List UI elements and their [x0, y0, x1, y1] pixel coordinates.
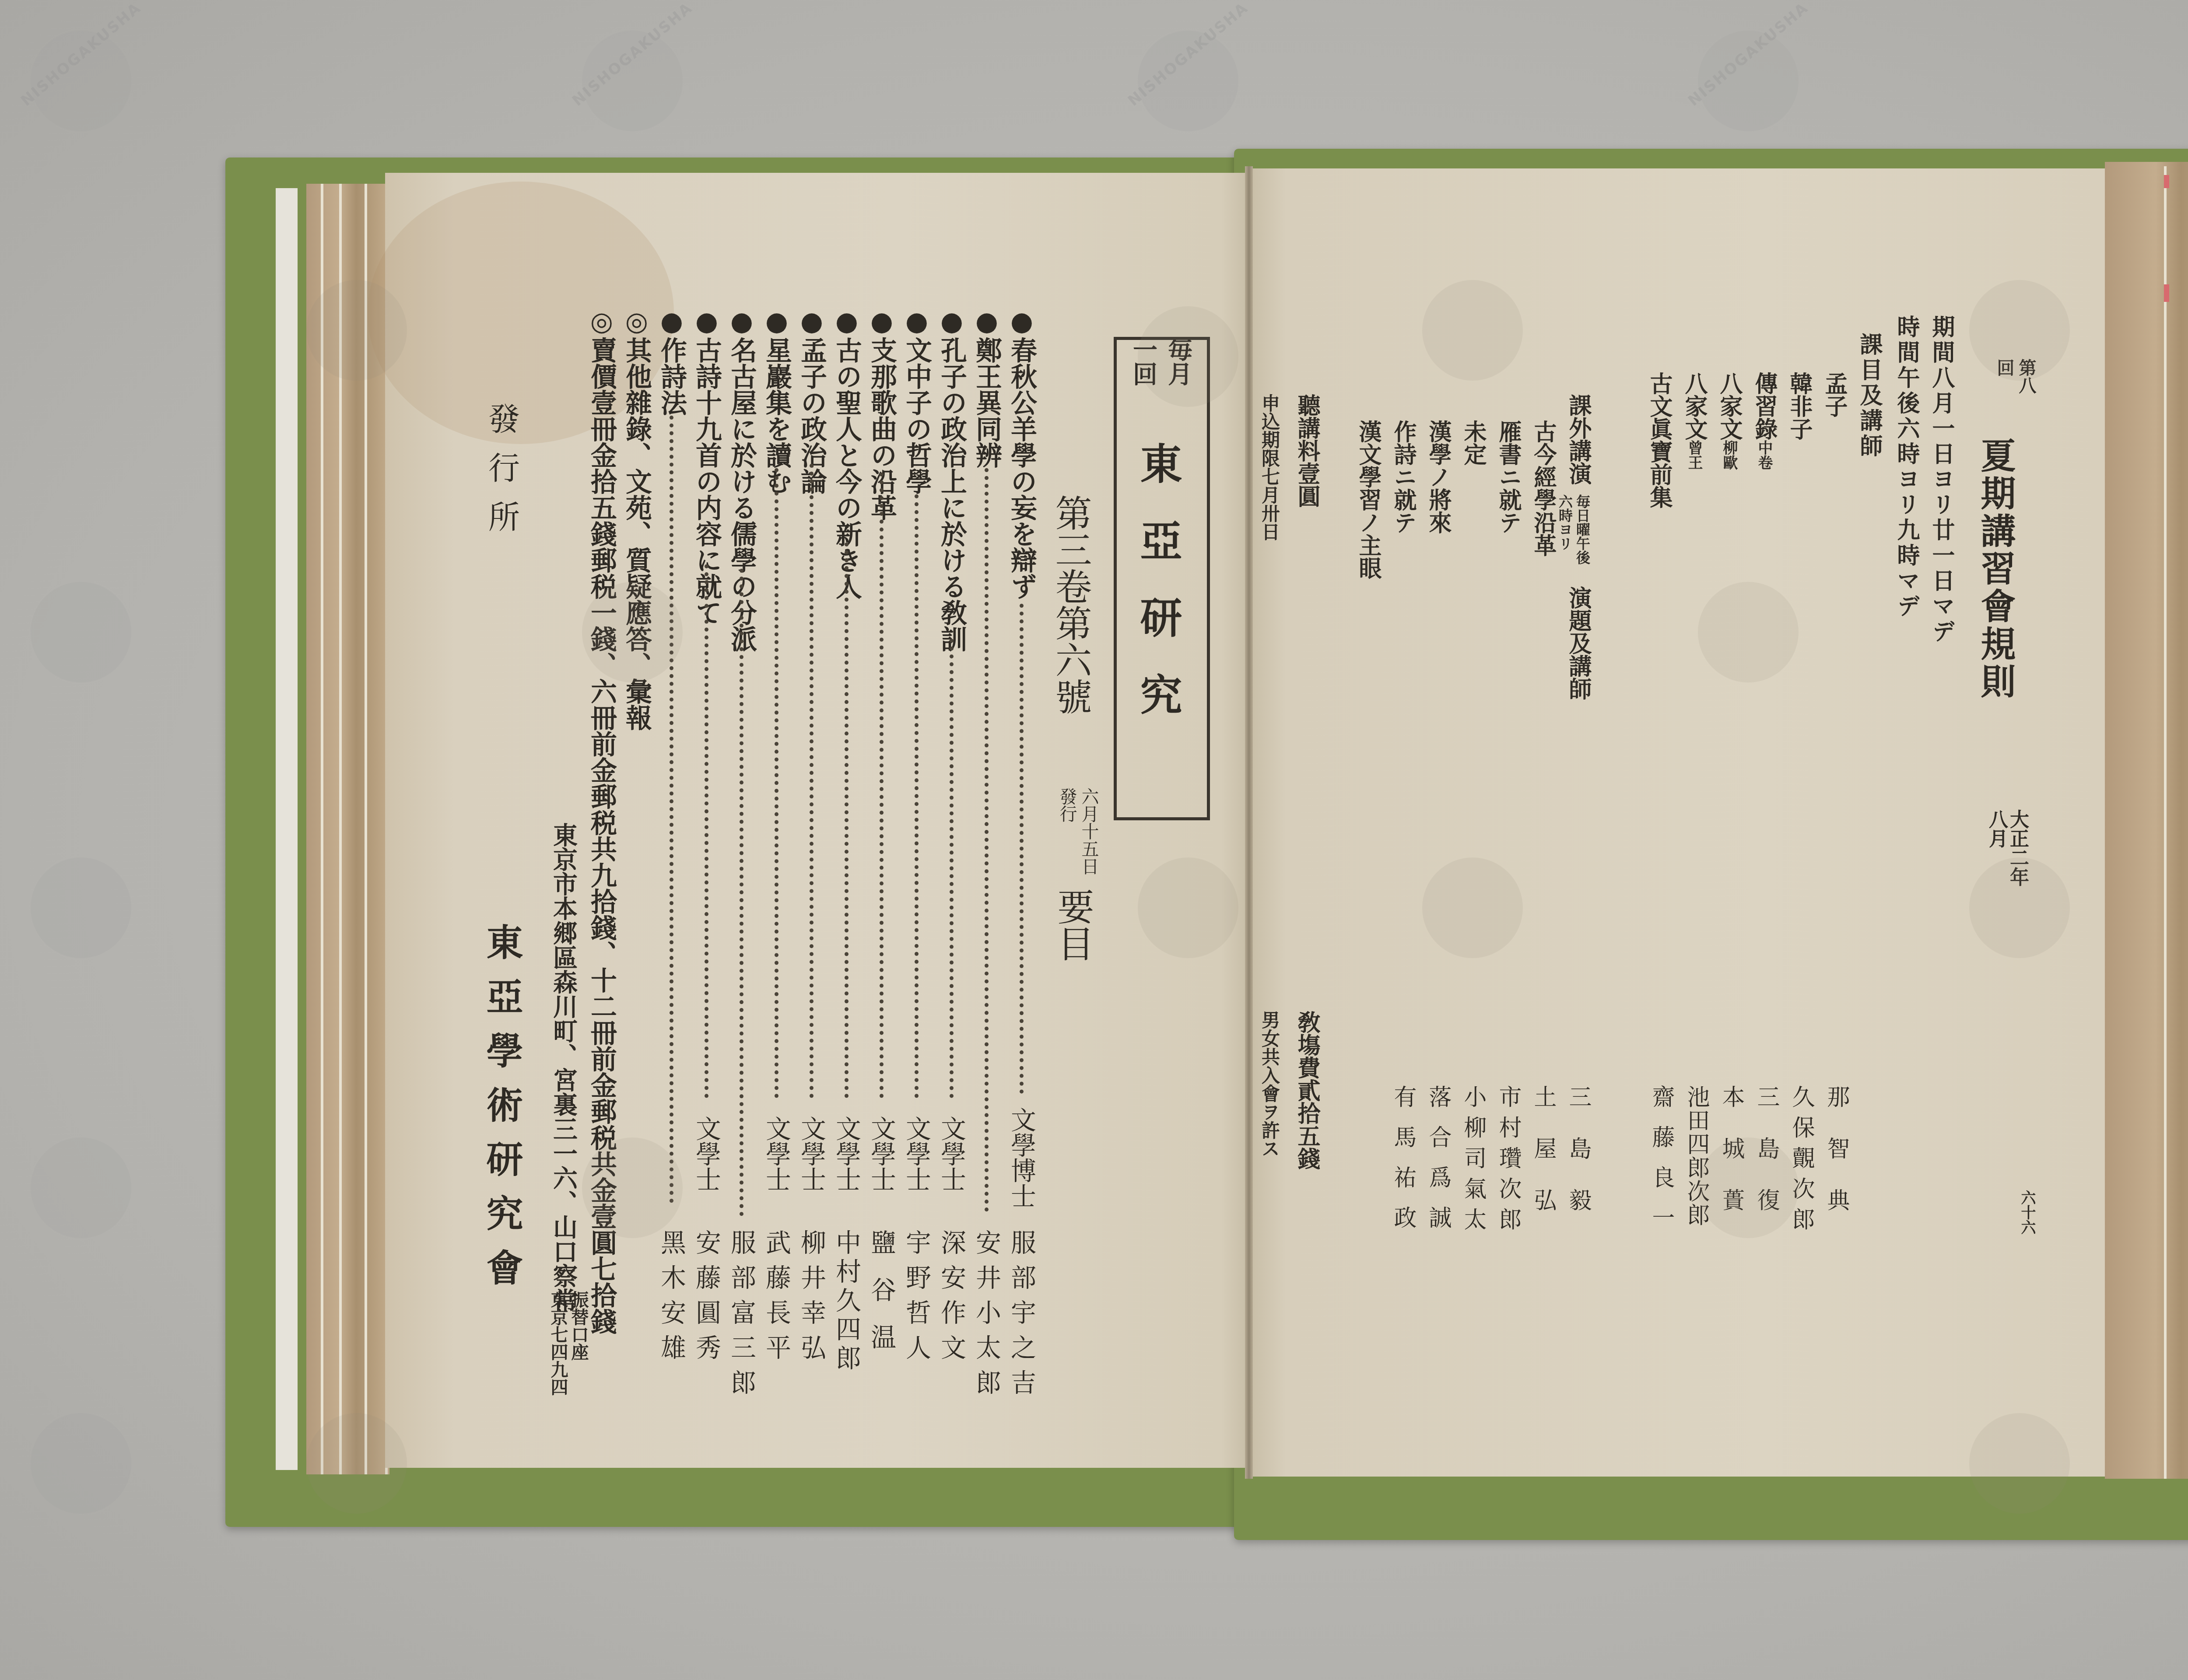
toc-author-title: 文學博士	[1009, 1107, 1034, 1208]
publisher-name: 東亞學術研究會	[484, 923, 520, 1303]
bullet-icon: ●	[694, 306, 720, 337]
toc-title: 作詩法	[656, 337, 687, 416]
magazine-title: 東亞研究	[1137, 442, 1179, 750]
toc-author: 黑木安雄	[659, 1229, 684, 1369]
toc-title: 春秋公羊學の妄を辯ず	[1006, 337, 1037, 599]
subject-item: 八家文柳歐	[1718, 372, 1740, 470]
watermark-logo-icon	[1138, 857, 1238, 958]
tuition-fee: 聽講料壹圓	[1295, 394, 1318, 507]
watermark-logo-icon	[1698, 1137, 1799, 1238]
right-page	[1252, 168, 2105, 1477]
subject-item: 傳習錄中卷	[1753, 372, 1775, 470]
bullet-icon: ●	[659, 306, 685, 337]
dot-leader	[880, 472, 884, 1098]
dot-leader	[950, 639, 954, 1098]
watermark-logo-icon	[306, 280, 407, 381]
dot-leader	[705, 564, 708, 1098]
dot-leader	[1020, 604, 1024, 1094]
bullet-icon: ●	[939, 306, 965, 337]
lecture-topic: 古今經學沿革	[1532, 420, 1554, 556]
toc-item[interactable]: ●孔子の政治上に於ける敎訓	[939, 306, 965, 652]
toc-author-title: 文學士	[834, 1116, 859, 1192]
toc-author: 服部宇之吉	[1009, 1229, 1034, 1404]
course-hours: 時間午後六時ヨリ九時マデ	[1895, 315, 1918, 619]
extra-lectures-header: 課外講演	[1567, 394, 1589, 485]
extra-lectures-suffix: 演題及講師	[1567, 586, 1589, 700]
subject-item: 八家文曾王	[1683, 372, 1705, 470]
toc-item[interactable]: ●文中子の哲學	[904, 306, 930, 494]
watermark-logo-icon	[1969, 1413, 2070, 1514]
speaker-name: 有馬祐政	[1392, 1085, 1414, 1246]
toc-author: 深安作文	[939, 1229, 964, 1369]
toc-author: 中村久四郎	[834, 1229, 859, 1374]
toc-title: 鄭王異同辨	[971, 337, 1002, 468]
extra-lectures-note-2: 六時ヨリ	[1558, 494, 1572, 550]
speaker-name: 土屋弘	[1532, 1085, 1554, 1240]
dot-leader	[810, 464, 813, 1098]
watermark-logo-icon	[31, 857, 131, 958]
bullet-icon: ●	[904, 306, 930, 337]
double-circle-icon: ◎	[586, 306, 617, 337]
double-circle-icon: ◎	[621, 306, 652, 337]
transfer-account-label: 振替口座	[570, 1291, 587, 1361]
subject-item: 孟子	[1823, 372, 1845, 417]
issue-date-note-1: 六月十五日	[1080, 787, 1098, 875]
toc-author-title: 文學士	[904, 1116, 929, 1192]
lecturer-name: 齋藤良一	[1650, 1085, 1673, 1246]
lecture-topic: 未定	[1462, 420, 1484, 465]
subject-item: 古文眞寶前集	[1648, 372, 1670, 508]
transfer-account-number: 東京七四九四	[549, 1291, 567, 1396]
watermark-logo-icon	[31, 582, 131, 682]
dot-leader	[985, 468, 989, 1212]
toc-title: 孔子の政治上に於ける敎訓	[936, 337, 967, 652]
lecturer-name: 那智典	[1825, 1085, 1848, 1240]
watermark-logo-icon	[1698, 582, 1799, 682]
bullet-icon: ●	[764, 306, 790, 337]
edge-red-mark	[2164, 284, 2169, 302]
watermark-logo-icon	[306, 1413, 407, 1514]
toc-author-title: 文學士	[799, 1116, 824, 1192]
bullet-icon: ●	[974, 306, 1000, 337]
issue-number: 第三卷第六號	[1052, 494, 1089, 715]
speaker-name: 落合爲誠	[1427, 1085, 1449, 1246]
toc-author: 服部富三郎	[729, 1229, 754, 1404]
heading-note-month: 八月	[1987, 809, 2006, 848]
subject-item: 韓非子	[1788, 372, 1810, 440]
course-period: 期間八月一日ヨリ廿一日マデ	[1930, 315, 1953, 645]
toc-author: 安井小太郎	[974, 1229, 999, 1404]
toc-author: 宇野哲人	[904, 1229, 929, 1369]
publisher-address: 東京市本郷區森川町、宮裏三一六、山口察常	[551, 822, 576, 1312]
toc-item[interactable]: ●鄭王異同辨	[974, 306, 1000, 468]
lecture-topic: 雁書ニ就テ	[1497, 420, 1519, 534]
watermark-logo-icon	[31, 1137, 131, 1238]
watermark-logo-icon	[1969, 857, 2070, 958]
subjects-header: 課目及講師	[1858, 332, 1880, 459]
dot-leader	[775, 468, 778, 1098]
watermark-logo-icon	[582, 1137, 683, 1238]
toc-author-title: 文學士	[764, 1116, 789, 1192]
bullet-icon: ●	[869, 306, 895, 337]
bullet-icon: ●	[799, 306, 825, 337]
toc-title: 文中子の哲學	[901, 337, 932, 494]
speaker-name: 小柳司氣太	[1462, 1085, 1484, 1238]
issue-contents-label: 要目	[1055, 888, 1091, 962]
watermark-logo-icon	[1422, 280, 1523, 381]
dot-leader	[740, 569, 743, 1216]
watermark-logo-icon	[1422, 857, 1523, 958]
bullet-icon: ●	[729, 306, 755, 337]
bullet-icon: ●	[834, 306, 860, 337]
extra-lectures-note-1: 毎日曜午後	[1575, 494, 1589, 564]
publisher-label: 發行所	[486, 402, 517, 549]
toc-item[interactable]: ●作詩法	[659, 306, 685, 416]
application-deadline: 申込期限七月卅日	[1260, 394, 1279, 541]
edge-red-mark	[2164, 175, 2169, 188]
lecture-topic: 漢文學習ノ主眼	[1357, 420, 1379, 579]
dot-leader	[915, 494, 919, 1098]
lecture-topic: 漢學ノ將來	[1427, 420, 1449, 534]
bullet-icon: ●	[1009, 306, 1035, 337]
toc-author-title: 文學士	[869, 1116, 894, 1192]
toc-author-title: 文學士	[694, 1116, 719, 1192]
watermark-logo-icon	[1138, 306, 1238, 407]
dot-leader	[845, 542, 849, 1098]
watermark-logo-icon	[582, 582, 683, 682]
admission-note: 男女共入會ヲ許ス	[1260, 1011, 1279, 1158]
toc-author-title: 文學士	[939, 1116, 964, 1192]
toc-author: 鹽谷温	[869, 1229, 894, 1371]
page-heading: 夏期講習會規則	[1978, 437, 2013, 701]
lecturer-name: 久保覿次郎	[1790, 1085, 1813, 1238]
toc-author: 武藤長平	[764, 1229, 789, 1369]
lecture-topic: 作詩ニ就テ	[1392, 420, 1414, 534]
watermark-logo-icon	[1969, 280, 2070, 381]
watermark-logo-icon	[31, 1413, 131, 1514]
toc-author: 柳井幸弘	[799, 1229, 824, 1369]
venue-fee: 敎塲費貳拾五錢	[1295, 1011, 1318, 1170]
toc-item[interactable]: ●春秋公羊學の妄を辯ず	[1009, 306, 1035, 599]
book-gutter	[1245, 166, 1253, 1479]
issue-date-note-2: 發行	[1058, 787, 1076, 822]
toc-item[interactable]: ●星巖集を讀む	[764, 306, 790, 494]
speaker-name: 三島毅	[1567, 1085, 1589, 1240]
toc-author: 安藤圓秀	[694, 1229, 719, 1369]
page-number: 六十六	[2020, 1190, 2034, 1235]
dot-leader	[670, 416, 673, 1203]
speaker-name: 市村瓚次郎	[1497, 1085, 1519, 1238]
